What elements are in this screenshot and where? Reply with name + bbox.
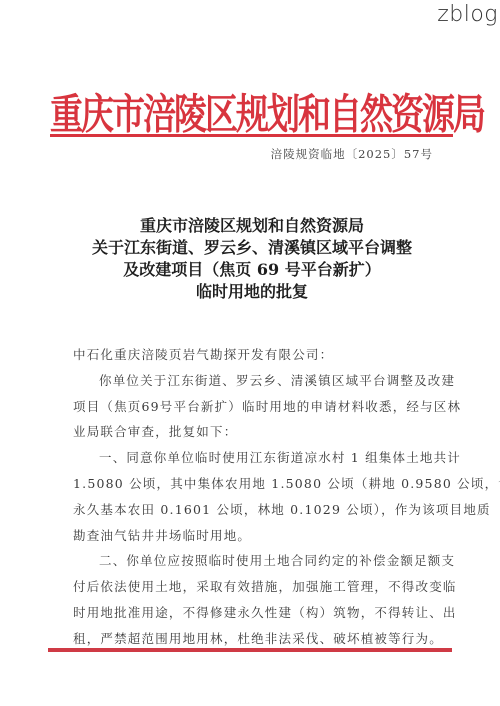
title-line: 关于江东街道、罗云乡、清溪镇区域平台调整 xyxy=(50,237,454,259)
title-line: 临时用地的批复 xyxy=(50,281,454,303)
title-line: 及改建项目（焦页 69 号平台新扩） xyxy=(50,259,454,281)
document-body: 中石化重庆涪陵页岩气勘探开发有限公司： 你单位关于江东街道、罗云乡、清溪镇区域平… xyxy=(73,342,443,652)
body-line: 永久基本农田 0.1601 公顷，林地 0.1029 公顷），作为该项目地质 xyxy=(73,497,443,523)
body-line: 你单位关于江东街道、罗云乡、清溪镇区域平台调整及改建 xyxy=(73,368,443,394)
body-line: 项目（焦页69号平台新扩）临时用地的申请材料收悉，经与区林 xyxy=(73,394,443,420)
document-number: 涪陵规资临地〔2025〕57号 xyxy=(271,146,433,162)
addressee: 中石化重庆涪陵页岩气勘探开发有限公司： xyxy=(73,342,443,368)
body-line: 一、同意你单位临时使用江东街道凉水村 1 组集体土地共计 xyxy=(73,445,443,471)
body-line: 二、你单位应按照临时使用土地合同约定的补偿金额足额支 xyxy=(73,548,443,574)
body-line: 时用地批准用途，不得修建永久性建（构）筑物，不得转让、出 xyxy=(73,600,443,626)
body-line: 勘查油气钻井井场临时用地。 xyxy=(73,523,443,549)
body-line: 1.5080 公顷，其中集体农用地 1.5080 公顷（耕地 0.9580 公顷… xyxy=(73,471,443,497)
title-line: 重庆市涪陵区规划和自然资源局 xyxy=(50,215,454,237)
body-line: 付后依法使用土地，采取有效措施，加强施工管理，不得改变临 xyxy=(73,574,443,600)
document-title: 重庆市涪陵区规划和自然资源局 关于江东街道、罗云乡、清溪镇区域平台调整 及改建项… xyxy=(50,215,454,303)
footer-divider xyxy=(48,648,452,652)
body-line: 业局联合审查，批复如下： xyxy=(73,419,443,445)
agency-letterhead: 重庆市涪陵区规划和自然资源局 xyxy=(50,82,454,141)
letterhead-divider xyxy=(50,134,453,137)
watermark: zblog xyxy=(437,2,498,27)
